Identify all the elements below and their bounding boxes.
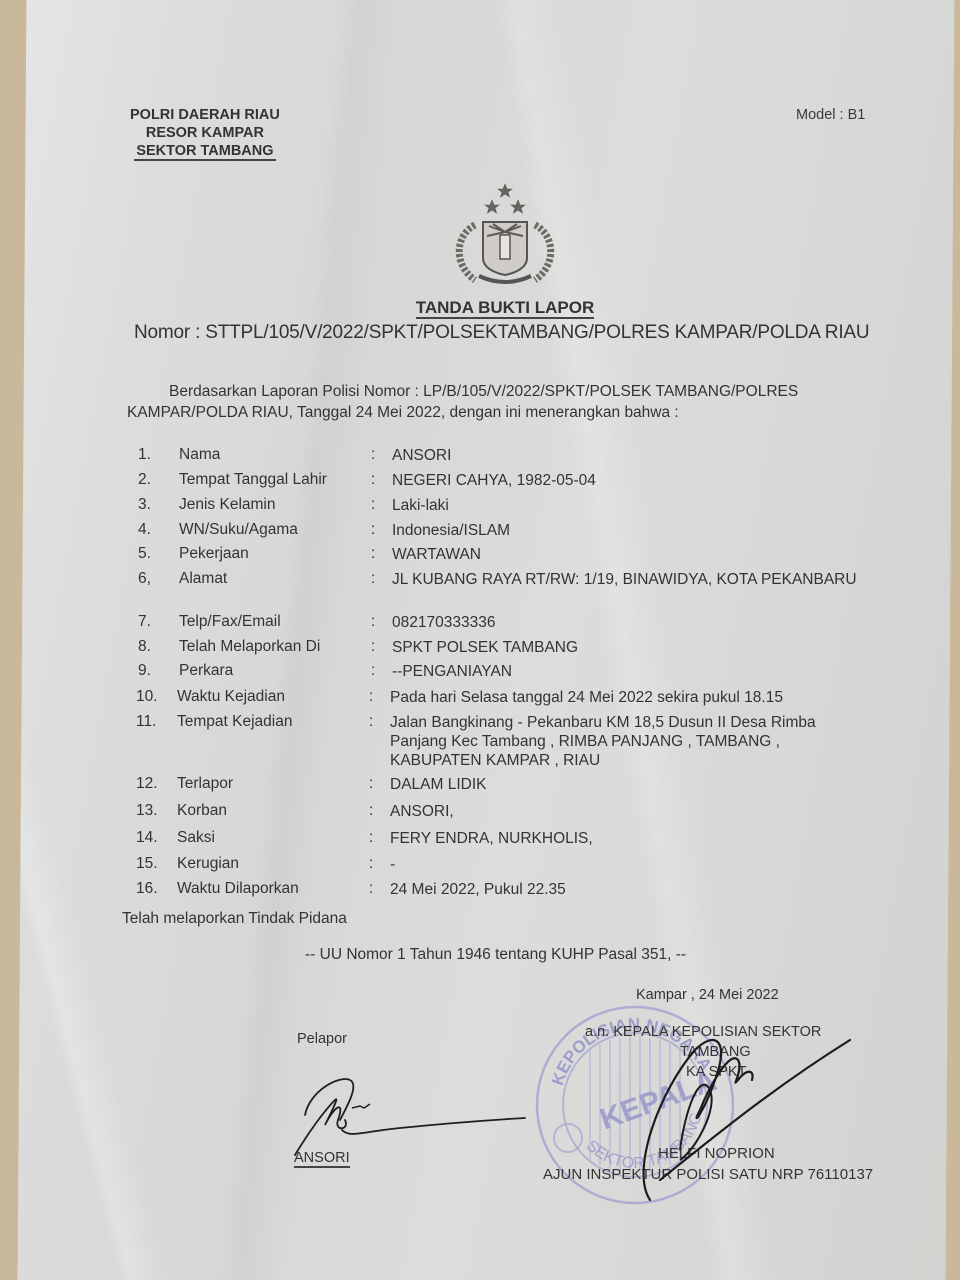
field-label: Saksi <box>177 829 215 847</box>
field-value: 24 Mei 2022, Pukul 22.35 <box>390 880 860 899</box>
field-colon: : <box>371 662 375 680</box>
field-colon: : <box>369 880 373 898</box>
field-value: NEGERI CAHYA, 1982-05-04 <box>392 471 862 490</box>
field-value: --PENGANIAYAN <box>392 662 862 681</box>
field-number: 8. <box>138 638 174 656</box>
field-value: Laki-laki <box>392 496 862 515</box>
field-number: 7. <box>138 613 174 631</box>
field-colon: : <box>371 570 375 588</box>
field-label: Tempat Kejadian <box>177 713 292 731</box>
field-label: Kerugian <box>177 855 239 873</box>
field-colon: : <box>369 775 373 793</box>
field-value: JL KUBANG RAYA RT/RW: 1/19, BINAWIDYA, K… <box>392 570 862 589</box>
reporter-signature-icon <box>290 1060 530 1160</box>
field-number: 10. <box>136 688 172 706</box>
field-number: 2. <box>138 471 174 489</box>
field-label: Telah Melaporkan Di <box>179 638 320 656</box>
field-label: Alamat <box>179 570 227 588</box>
reporter-label: Pelapor <box>297 1031 347 1047</box>
field-label: Waktu Kejadian <box>177 688 285 706</box>
field-value: - <box>390 855 860 874</box>
field-colon: : <box>371 545 375 563</box>
certificate-number: Nomor : STTPL/105/V/2022/SPKT/POLSEKTAMB… <box>134 322 869 344</box>
field-label: Terlapor <box>177 775 233 793</box>
form-model: Model : B1 <box>796 107 865 123</box>
field-value: WARTAWAN <box>392 545 862 564</box>
intro-paragraph: Berdasarkan Laporan Polisi Nomor : LP/B/… <box>127 381 847 423</box>
field-colon: : <box>371 496 375 514</box>
field-label: Perkara <box>179 662 233 680</box>
field-number: 4. <box>138 521 174 539</box>
field-number: 9. <box>138 662 174 680</box>
field-colon: : <box>369 855 373 873</box>
field-number: 6, <box>138 570 174 588</box>
document-title: TANDA BUKTI LAPOR <box>0 298 960 318</box>
field-label: Nama <box>179 446 220 464</box>
field-value: ANSORI <box>392 446 862 465</box>
police-emblem-icon <box>445 180 565 290</box>
field-value: Indonesia/ISLAM <box>392 521 862 540</box>
field-value: DALAM LIDIK <box>390 775 860 794</box>
field-number: 1. <box>138 446 174 464</box>
reporter-name: ANSORI <box>294 1150 350 1168</box>
org-line-1: POLRI DAERAH RIAU <box>130 106 280 124</box>
field-label: Korban <box>177 802 227 820</box>
field-number: 14. <box>136 829 172 847</box>
field-number: 11. <box>136 713 172 731</box>
field-label: Pekerjaan <box>179 545 249 563</box>
place-date: Kampar , 24 Mei 2022 <box>636 987 779 1003</box>
org-line-3: SEKTOR TAMBANG <box>134 143 275 161</box>
field-colon: : <box>369 829 373 847</box>
field-colon: : <box>371 471 375 489</box>
field-value: 082170333336 <box>392 613 862 632</box>
field-colon: : <box>371 613 375 631</box>
field-label: Tempat Tanggal Lahir <box>179 471 327 489</box>
field-colon: : <box>371 446 375 464</box>
field-number: 3. <box>138 496 174 514</box>
field-label: Telp/Fax/Email <box>179 613 281 631</box>
field-colon: : <box>371 638 375 656</box>
field-colon: : <box>369 713 373 731</box>
field-number: 12. <box>136 775 172 793</box>
org-line-2: RESOR KAMPAR <box>130 124 280 142</box>
field-colon: : <box>369 688 373 706</box>
field-value: Jalan Bangkinang - Pekanbaru KM 18,5 Dus… <box>390 713 860 770</box>
field-number: 13. <box>136 802 172 820</box>
issuing-unit: POLRI DAERAH RIAU RESOR KAMPAR SEKTOR TA… <box>130 106 280 160</box>
field-value: SPKT POLSEK TAMBANG <box>392 638 862 657</box>
field-number: 15. <box>136 855 172 873</box>
field-label: Waktu Dilaporkan <box>177 880 299 898</box>
report-fields: 1.Nama:ANSORI2.Tempat Tanggal Lahir:NEGE… <box>138 0 878 1</box>
field-value: Pada hari Selasa tanggal 24 Mei 2022 sek… <box>390 688 860 707</box>
field-label: WN/Suku/Agama <box>179 521 298 539</box>
field-number: 16. <box>136 880 172 898</box>
statement-text: Telah melaporkan Tindak Pidana <box>122 910 347 928</box>
field-value: ANSORI, <box>390 802 860 821</box>
field-value: FERY ENDRA, NURKHOLIS, <box>390 829 860 848</box>
official-signature-icon <box>620 1030 870 1210</box>
legal-basis: -- UU Nomor 1 Tahun 1946 tentang KUHP Pa… <box>305 946 686 964</box>
field-colon: : <box>369 802 373 820</box>
field-number: 5. <box>138 545 174 563</box>
field-label: Jenis Kelamin <box>179 496 276 514</box>
field-colon: : <box>371 521 375 539</box>
